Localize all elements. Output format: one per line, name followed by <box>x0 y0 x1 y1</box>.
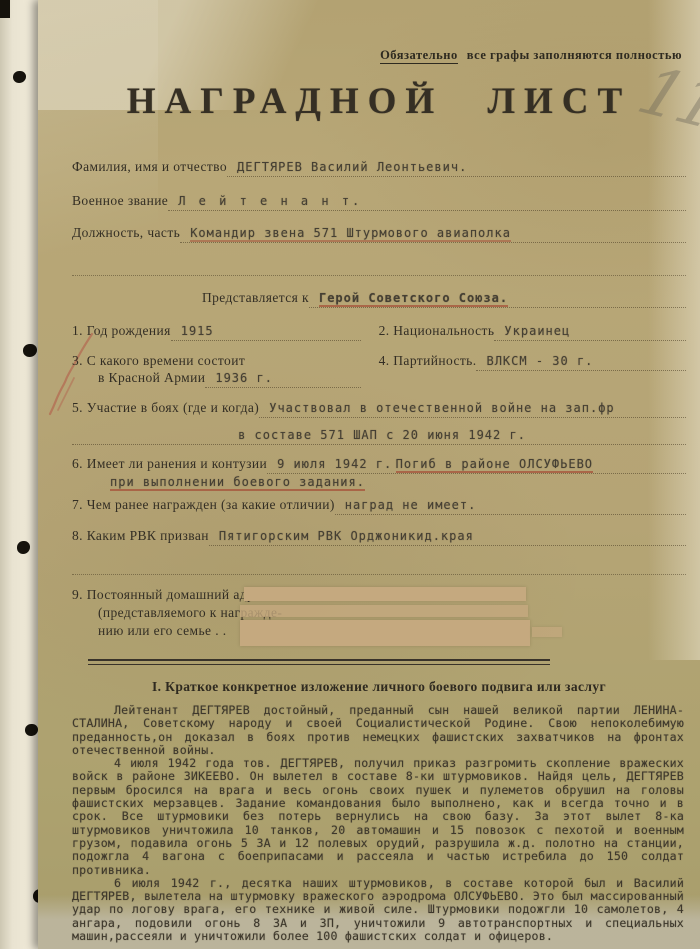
previous-awards-label: 7. Чем ранее награжден (за какие отличии… <box>72 497 335 513</box>
redaction-block <box>532 627 562 637</box>
form-row-3-4: 3. С какого времени состоит в Красной Ар… <box>72 353 686 388</box>
nationality-label: 2. Национальность <box>379 323 495 339</box>
rank-value: Л е й т е н а н т. <box>178 194 362 208</box>
redaction-block <box>244 587 526 601</box>
field-combat-participation: 5. Участие в боях (где и когда) Участвов… <box>72 400 686 418</box>
citation-body: Лейтенант ДЕГТЯРЕВ достойный, преданный … <box>72 704 686 943</box>
field-wounds: 6. Имеет ли ранения и контузии 9 июля 19… <box>72 456 686 474</box>
address-label-line1: 9. Постоянный домашний адрес: <box>72 587 271 603</box>
red-army-label-line2: в Красной Армии <box>98 370 205 386</box>
position-value: Командир звена 571 Штурмового авиаполка <box>190 226 511 242</box>
rvk-value: Пятигорским РВК Орджоникид.края <box>219 529 474 543</box>
full-name-label: Фамилия, имя и отчество <box>72 159 227 175</box>
form-content: Обязательно все графы заполняются полнос… <box>72 0 686 949</box>
red-army-value: 1936 г. <box>215 371 273 385</box>
section-divider-rule <box>88 659 550 665</box>
form-row-1-2: 1. Год рождения 1915 2. Национальность У… <box>72 323 686 341</box>
wounds-value-row2: при выполнении боевого задания. <box>72 475 686 491</box>
combat-value-row2: в составе 571 ШАП с 20 июня 1942 г. <box>72 427 686 445</box>
blank-form-line <box>72 560 686 575</box>
document-title: НАГРАДНОЙ ЛИСТ <box>72 80 686 123</box>
fill-all-fields-note: Обязательно все графы заполняются полнос… <box>72 0 682 64</box>
field-full-name: Фамилия, имя и отчество ДЕГТЯРЕВ Василий… <box>72 159 686 177</box>
party-label: 4. Партийность. <box>379 353 477 369</box>
birth-year-label: 1. Год рождения <box>72 323 171 339</box>
citation-paragraph-2: 4 июля 1942 года тов. ДЕГТЯРЕВ, получил … <box>72 757 684 877</box>
section-heading: I. Краткое конкретное изложение личного … <box>72 679 686 695</box>
blank-form-line <box>72 261 686 276</box>
field-birth-year: 1. Год рождения 1915 <box>72 323 361 341</box>
field-nationality: 2. Национальность Украинец <box>361 323 686 341</box>
scan-corner-artifact <box>0 0 10 18</box>
red-army-label-line1: 3. С какого времени состоит <box>72 353 245 369</box>
field-party-membership: 4. Партийность. ВЛКСМ - 30 г. <box>361 353 686 388</box>
full-name-value: ДЕГТЯРЕВ Василий Леонтьевич. <box>237 160 467 174</box>
scanned-award-document: { "header": { "instruction_word": "Обяза… <box>0 0 700 949</box>
combat-value-line1: Участвовал в отечественной войне на зап.… <box>269 401 614 415</box>
wounds-value-date: 9 июля 1942 г. <box>277 457 392 471</box>
position-label: Должность, часть <box>72 225 180 241</box>
wounds-label: 6. Имеет ли ранения и контузии <box>72 456 267 472</box>
instruction-underlined-word: Обязательно <box>380 48 458 64</box>
citation-paragraph-1: Лейтенант ДЕГТЯРЕВ достойный, преданный … <box>72 704 684 757</box>
field-recruiting-office: 8. Каким РВК призван Пятигорским РВК Орд… <box>72 528 686 546</box>
field-previous-awards: 7. Чем ранее награжден (за какие отличии… <box>72 497 686 515</box>
presented-to-label: Представляется к <box>202 290 309 306</box>
instruction-text: все графы заполняются полностью <box>467 48 682 63</box>
wounds-value-killed: Погиб в районе ОЛСУФЬЕВО <box>396 457 593 473</box>
birth-year-value: 1915 <box>181 324 214 338</box>
address-label-line3: нию или его семье . . <box>98 623 227 639</box>
wounds-value-line2: при выполнении боевого задания. <box>110 475 365 491</box>
rvk-label: 8. Каким РВК призван <box>72 528 209 544</box>
field-red-army-since: 3. С какого времени состоит в Красной Ар… <box>72 353 361 388</box>
redaction-block <box>240 605 528 617</box>
field-position-unit: Должность, часть Командир звена 571 Штур… <box>72 225 686 243</box>
field-military-rank: Военное звание Л е й т е н а н т. <box>72 193 686 211</box>
field-home-address: 9. Постоянный домашний адрес: (представл… <box>72 587 686 653</box>
rank-label: Военное звание <box>72 193 168 209</box>
combat-value-line2: в составе 571 ШАП с 20 июня 1942 г. <box>238 428 526 442</box>
field-presented-to: Представляется к Герой Советского Союза. <box>72 290 686 308</box>
presented-to-value: Герой Советского Союза. <box>319 291 508 307</box>
award-sheet: 113 Обязательно все графы заполняются по… <box>38 0 700 949</box>
previous-awards-value: наград не имеет. <box>345 498 477 512</box>
combat-label: 5. Участие в боях (где и когда) <box>72 400 259 416</box>
redaction-block <box>240 620 530 646</box>
party-value: ВЛКСМ - 30 г. <box>486 354 593 368</box>
citation-paragraph-3: 6 июля 1942 г., десятка наших штурмовико… <box>72 877 684 943</box>
nationality-value: Украинец <box>504 324 570 338</box>
